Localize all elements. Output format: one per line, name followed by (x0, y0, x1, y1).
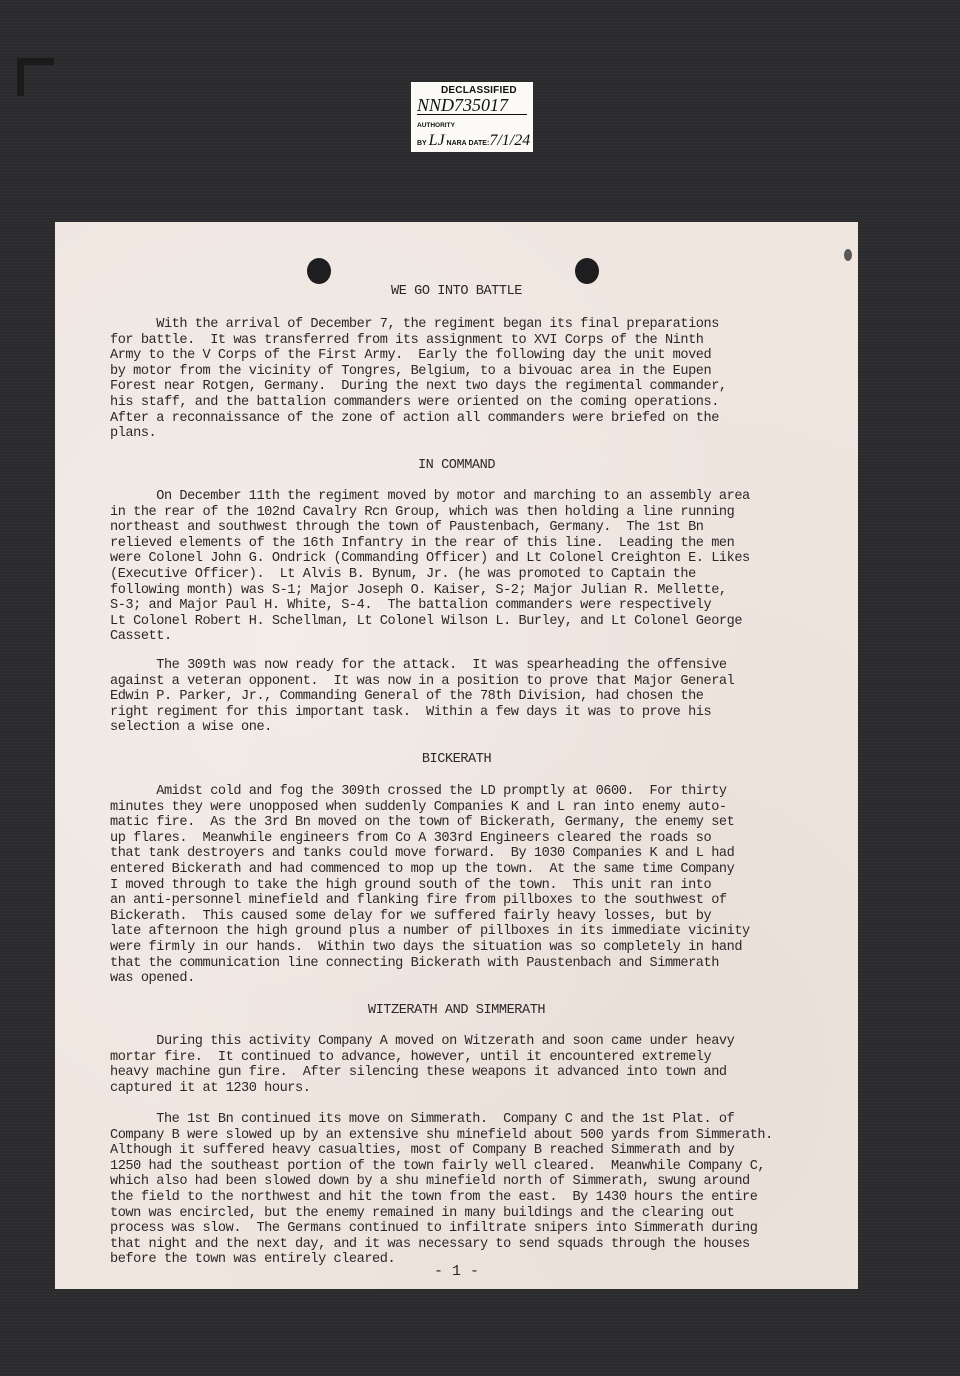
stamp-authority-number: NND735017 (417, 96, 527, 115)
heading-bickerath: BICKERATH (55, 752, 858, 768)
paragraph: The 309th was now ready for the attack. … (110, 658, 840, 736)
stamp-date-label: DATE: (468, 140, 489, 147)
stamp-authority-label: AUTHORITY (417, 122, 455, 129)
stamp-by-initials: LJ (429, 132, 445, 149)
document-page: WE GO INTO BATTLE With the arrival of De… (55, 222, 858, 1289)
paragraph: With the arrival of December 7, the regi… (110, 317, 840, 442)
stamp-agency: NARA (447, 140, 467, 147)
punch-hole-right (575, 258, 599, 284)
paragraph: Amidst cold and fog the 309th crossed th… (110, 784, 840, 987)
punch-hole-left (307, 258, 331, 284)
declassified-stamp: DECLASSIFIED NND735017 AUTHORITY BY LJ N… (411, 82, 533, 152)
page-number: - 1 - (55, 1263, 858, 1280)
ink-smudge (844, 249, 852, 261)
heading-in-command: IN COMMAND (55, 458, 858, 474)
paragraph: The 1st Bn continued its move on Simmera… (110, 1112, 840, 1268)
stamp-by-row: BY LJ NARA DATE:7/1/24 (417, 132, 530, 150)
paragraph: During this activity Company A moved on … (110, 1034, 840, 1096)
paragraph: On December 11th the regiment moved by m… (110, 489, 840, 645)
heading-witzerath-and-simmerath: WITZERATH AND SIMMERATH (55, 1003, 858, 1019)
registration-mark-vertical (17, 58, 24, 96)
stamp-date: 7/1/24 (489, 132, 530, 149)
stamp-by-label: BY (417, 140, 427, 147)
heading-we-go-into-battle: WE GO INTO BATTLE (55, 284, 858, 300)
